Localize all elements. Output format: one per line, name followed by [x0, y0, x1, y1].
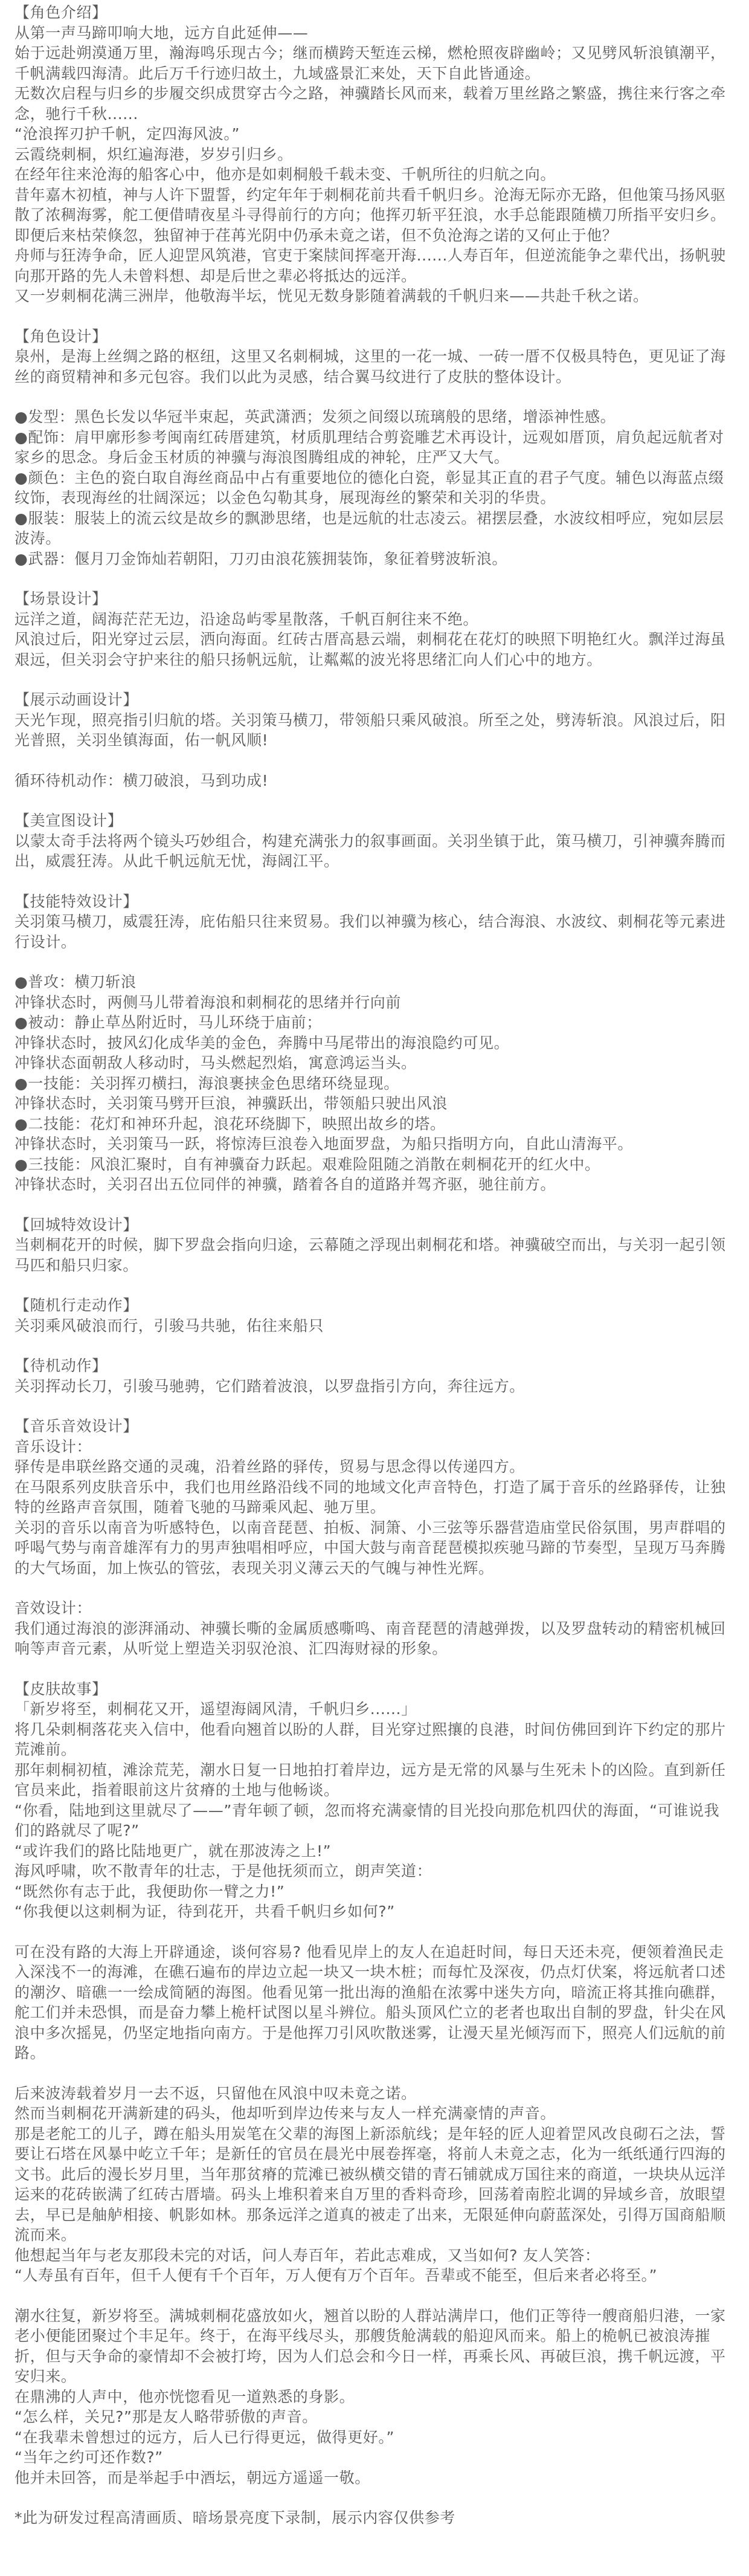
paragraph: 天光乍现，照亮指引归航的塔。关羽策马横刀，带领船只乘风破浪。所至之处，劈涛斩浪。…	[14, 710, 735, 751]
paragraph: ●颜色：主色的瓷白取自海丝商品中占有重要地位的德化白瓷，彰显其正直的君子气度。辅…	[14, 468, 735, 508]
section-heading: 【待机动作】	[14, 1356, 735, 1376]
section-gap	[14, 569, 735, 589]
paragraph: 后来波涛载着岁月一去不返，只留他在风浪中叹未竟之诺。	[14, 2083, 735, 2104]
paragraph: 即便后来枯荣倏忽，独留神于荏苒光阴中仍承未竟之诺，但不负沧海之诺的又何止于他？	[14, 225, 735, 246]
paragraph: 他并未回答，而是举起手中酒坛，朝远方遥遥一敬。	[14, 2468, 735, 2488]
paragraph: 关羽挥动长刀，引骏马驰骋，它们踏着波浪，以罗盘指引方向，奔往远方。	[14, 1376, 735, 1397]
paragraph: 冲锋状态面朝敌人移动时，马头燃起烈焰，寓意鸿运当头。	[14, 1053, 735, 1073]
section-heading: 【展示动画设计】	[14, 690, 735, 710]
paragraph: 冲锋状态时，关羽召出五位同伴的神骥，踏着各自的道路并驾齐驱，驰往前方。	[14, 1174, 735, 1195]
paragraph: 始于远赴朔漠通万里，瀚海鸣乐现古今；继而横跨天堑连云梯，燃枪照夜辟幽岭；又见劈风…	[14, 43, 735, 83]
paragraph: 那是老舵工的儿子，蹲在船头用炭笔在父辈的海图上新添航线；是年轻的匠人迎着罡风改良…	[14, 2124, 735, 2245]
paragraph: “当年之约可还作数?”	[14, 2447, 735, 2468]
section-gap	[14, 872, 735, 892]
paragraph: 音效设计：	[14, 1598, 735, 1619]
paragraph: 远洋之道，阔海茫茫无边，沿途岛屿零星散落，千帆百舸往来不绝。	[14, 609, 735, 630]
paragraph: 泉州，是海上丝绸之路的枢纽，这里又名刺桐城，这里的一花一城、一砖一厝不仅极具特色…	[14, 346, 735, 387]
section-heading: 【美宣图设计】	[14, 811, 735, 831]
section-gap	[14, 1659, 735, 1679]
paragraph: 昔年嘉木初植，神与人许下盟誓，约定年年于刺桐花前共看千帆归乡。沧海无际亦无路，但…	[14, 185, 735, 225]
paragraph: “人寿虽有百年，但千人便有千个百年，万人便有万个百年。吾辈或不能至，但后来者必将…	[14, 2265, 735, 2286]
section-heading: 【角色设计】	[14, 326, 735, 347]
section-heading: 【角色介绍】	[14, 2, 735, 23]
paragraph: 以蒙太奇手法将两个镜头巧妙组合，构建充满张力的叙事画面。关羽坐镇于此，策马横刀，…	[14, 831, 735, 872]
paragraph: 他想起当年与老友那段未完的对话，问人寿百年，若此志难成，又当如何? 友人笑答：	[14, 2245, 735, 2266]
section-gap	[14, 1922, 735, 1942]
section-heading: 【回城特效设计】	[14, 1215, 735, 1235]
section-gap	[14, 2488, 735, 2508]
section-gap	[14, 387, 735, 407]
paragraph: 无数次启程与归乡的步履交织成贯穿古今之路，神骥踏长风而来，载着万里丝路之繁盛，携…	[14, 83, 735, 124]
paragraph: ●服装：服装上的流云纹是故乡的飘渺思绪，也是远航的壮志凌云。裙摆层叠，水波纹相呼…	[14, 508, 735, 549]
paragraph: 循环待机动作：横刀破浪，马到功成!	[14, 771, 735, 791]
section-heading: 【音乐音效设计】	[14, 1416, 735, 1437]
paragraph: “或许我们的路比陆地更广，就在那波涛之上!”	[14, 1841, 735, 1862]
document-body: 【角色介绍】从第一声马蹄叩响大地，远方自此延伸——始于远赴朔漠通万里，瀚海鸣乐现…	[14, 2, 735, 2528]
paragraph: ●配饰：肩甲廓形参考闽南红砖厝建筑，材质肌理结合剪瓷雕艺术再设计，远观如厝顶，肩…	[14, 427, 735, 468]
paragraph: 关羽的音乐以南音为听感特色，以南音琵琶、拍板、洞箫、小三弦等乐器营造庙堂民俗氛围…	[14, 1518, 735, 1579]
paragraph: “你我便以这刺桐为证，待到花开，共看千帆归乡如何?”	[14, 1901, 735, 1922]
paragraph: ●被动：静止草丛附近时，马儿环绕于庙前；	[14, 1012, 735, 1033]
section-heading: 【场景设计】	[14, 589, 735, 609]
section-heading: 【随机行走动作】	[14, 1295, 735, 1316]
paragraph: 关羽策马横刀，威震狂涛，庇佑船只往来贸易。我们以神骥为核心，结合海浪、水波纹、刺…	[14, 911, 735, 952]
paragraph: 风浪过后，阳光穿过云层，洒向海面。红砖古厝高悬云端，刺桐花在花灯的映照下明艳红火…	[14, 629, 735, 670]
paragraph: 舟师与狂涛争命，匠人迎罡风筑港，官吏于案牍间挥毫开海......人寿百年，但逆流…	[14, 245, 735, 286]
section-gap	[14, 306, 735, 326]
section-heading: 【皮肤故事】	[14, 1679, 735, 1700]
section-gap	[14, 1275, 735, 1295]
paragraph: 将几朵刺桐落花夹入信中，他看向翘首以盼的人群，目光穿过熙攘的良港，时间仿佛回到许…	[14, 1720, 735, 1760]
section-heading: 【技能特效设计】	[14, 892, 735, 912]
paragraph: 关羽乘风破浪而行，引骏马共驰，佑往来船只	[14, 1316, 735, 1336]
paragraph: 驿传是串联丝路交通的灵魂，沿着丝路的驿传，贸易与思念得以传递四方。	[14, 1457, 735, 1477]
design-document: 【角色介绍】从第一声马蹄叩响大地，远方自此延伸——始于远赴朔漠通万里，瀚海鸣乐现…	[0, 0, 749, 2576]
paragraph: 那年刺桐初植，滩涂荒芜，潮水日复一日地拍打着岸边，远方是无常的风暴与生死未卜的凶…	[14, 1760, 735, 1801]
paragraph: 然而当刺桐花开满新建的码头，他却听到岸边传来与友人一样充满豪情的声音。	[14, 2103, 735, 2124]
section-gap	[14, 670, 735, 690]
paragraph: “既然你有志于此，我便助你一臂之力!”	[14, 1882, 735, 1902]
paragraph: ●武器：偃月刀金饰灿若朝阳，刀刃由浪花簇拥装饰，象征着劈波斩浪。	[14, 549, 735, 569]
paragraph: 当刺桐花开的时候，脚下罗盘会指向归途，云幕随之浮现出刺桐花和塔。神骥破空而出，与…	[14, 1235, 735, 1275]
section-gap	[14, 1195, 735, 1215]
article-page: { "page": { "background_color": "#ffffff…	[0, 0, 749, 2576]
paragraph: 海风呼啸，吹不散青年的壮志，于是他抚须而立，朗声笑道：	[14, 1861, 735, 1882]
paragraph: “你看，陆地到这里就尽了——”青年顿了顿，忽而将充满豪情的目光投向那危机四伏的海…	[14, 1801, 735, 1841]
paragraph: ●发型：黑色长发以华冠半束起，英武潇洒；发须之间缀以琉璃般的思绪，增添神性感。	[14, 407, 735, 427]
section-gap	[14, 791, 735, 811]
paragraph: 「新岁将至，刺桐花又开，遥望海阔风清，千帆归乡......」	[14, 1699, 735, 1720]
section-gap	[14, 751, 735, 771]
paragraph: 冲锋状态时，两侧马儿带着海浪和刺桐花的思绪并行向前	[14, 992, 735, 1013]
paragraph: 从第一声马蹄叩响大地，远方自此延伸——	[14, 23, 735, 44]
section-gap	[14, 1578, 735, 1598]
paragraph: ●三技能：风浪汇聚时，自有神骥奋力跃起。艰难险阻随之消散在刺桐花开的红火中。	[14, 1154, 735, 1175]
paragraph: ●普攻：横刀斩浪	[14, 972, 735, 992]
section-gap	[14, 1396, 735, 1416]
section-gap	[14, 2286, 735, 2306]
section-gap	[14, 1336, 735, 1356]
paragraph: 音乐设计：	[14, 1437, 735, 1457]
paragraph: 冲锋状态时，关羽策马劈开巨浪，神骥跃出，带领船只驶出风浪	[14, 1093, 735, 1114]
paragraph: 冲锋状态时，关羽策马一跃，将惊涛巨浪卷入地面罗盘，为船只指明方向，自此山清海平。	[14, 1134, 735, 1154]
paragraph: 在经年往来沧海的船客心中，他亦是如刺桐般千载未变、千帆所往的归航之向。	[14, 164, 735, 185]
paragraph: “沧浪挥刃护千帆，定四海风波。”	[14, 124, 735, 144]
paragraph: 在马限系列皮肤音乐中，我们也用丝路沿线不同的地域文化声音特色，打造了属于音乐的丝…	[14, 1477, 735, 1518]
paragraph: 在鼎沸的人声中，他亦恍惚看见一道熟悉的身影。	[14, 2387, 735, 2407]
paragraph: “在我辈未曾想过的远方，后人已行得更远，做得更好。”	[14, 2427, 735, 2448]
paragraph: 可在没有路的大海上开辟通途，谈何容易? 他看见岸上的友人在追赶时间，每日天还未亮…	[14, 1942, 735, 2063]
paragraph: ●二技能：花灯和神环升起，浪花环绕脚下，映照出故乡的塔。	[14, 1114, 735, 1134]
footnote: *此为研发过程高清画质、暗场景亮度下录制，展示内容仅供参考	[14, 2508, 735, 2528]
paragraph: 冲锋状态时，披风幻化成华美的金色，奔腾中马尾带出的海浪隐约可见。	[14, 1033, 735, 1053]
paragraph: 云霞绕刺桐，炽红遍海港，岁岁引归乡。	[14, 144, 735, 165]
section-gap	[14, 952, 735, 972]
section-gap	[14, 2063, 735, 2083]
paragraph: 我们通过海浪的澎湃涌动、神骥长嘶的金属质感嘶鸣、南音琵琶的清越弹拨，以及罗盘转动…	[14, 1619, 735, 1659]
paragraph: 又一岁刺桐花满三洲岸，他敬海半坛，恍见无数身影随着满载的千帆归来——共赴千秋之诺…	[14, 286, 735, 306]
paragraph: ●一技能：关羽挥刃横扫，海浪裹挟金色思绪环绕显现。	[14, 1073, 735, 1094]
paragraph: “怎么样，关兄?”那是友人略带骄傲的声音。	[14, 2407, 735, 2427]
paragraph: 潮水往复，新岁将至。满城刺桐花盛放如火，翘首以盼的人群站满岸口，他们正等待一艘商…	[14, 2306, 735, 2387]
